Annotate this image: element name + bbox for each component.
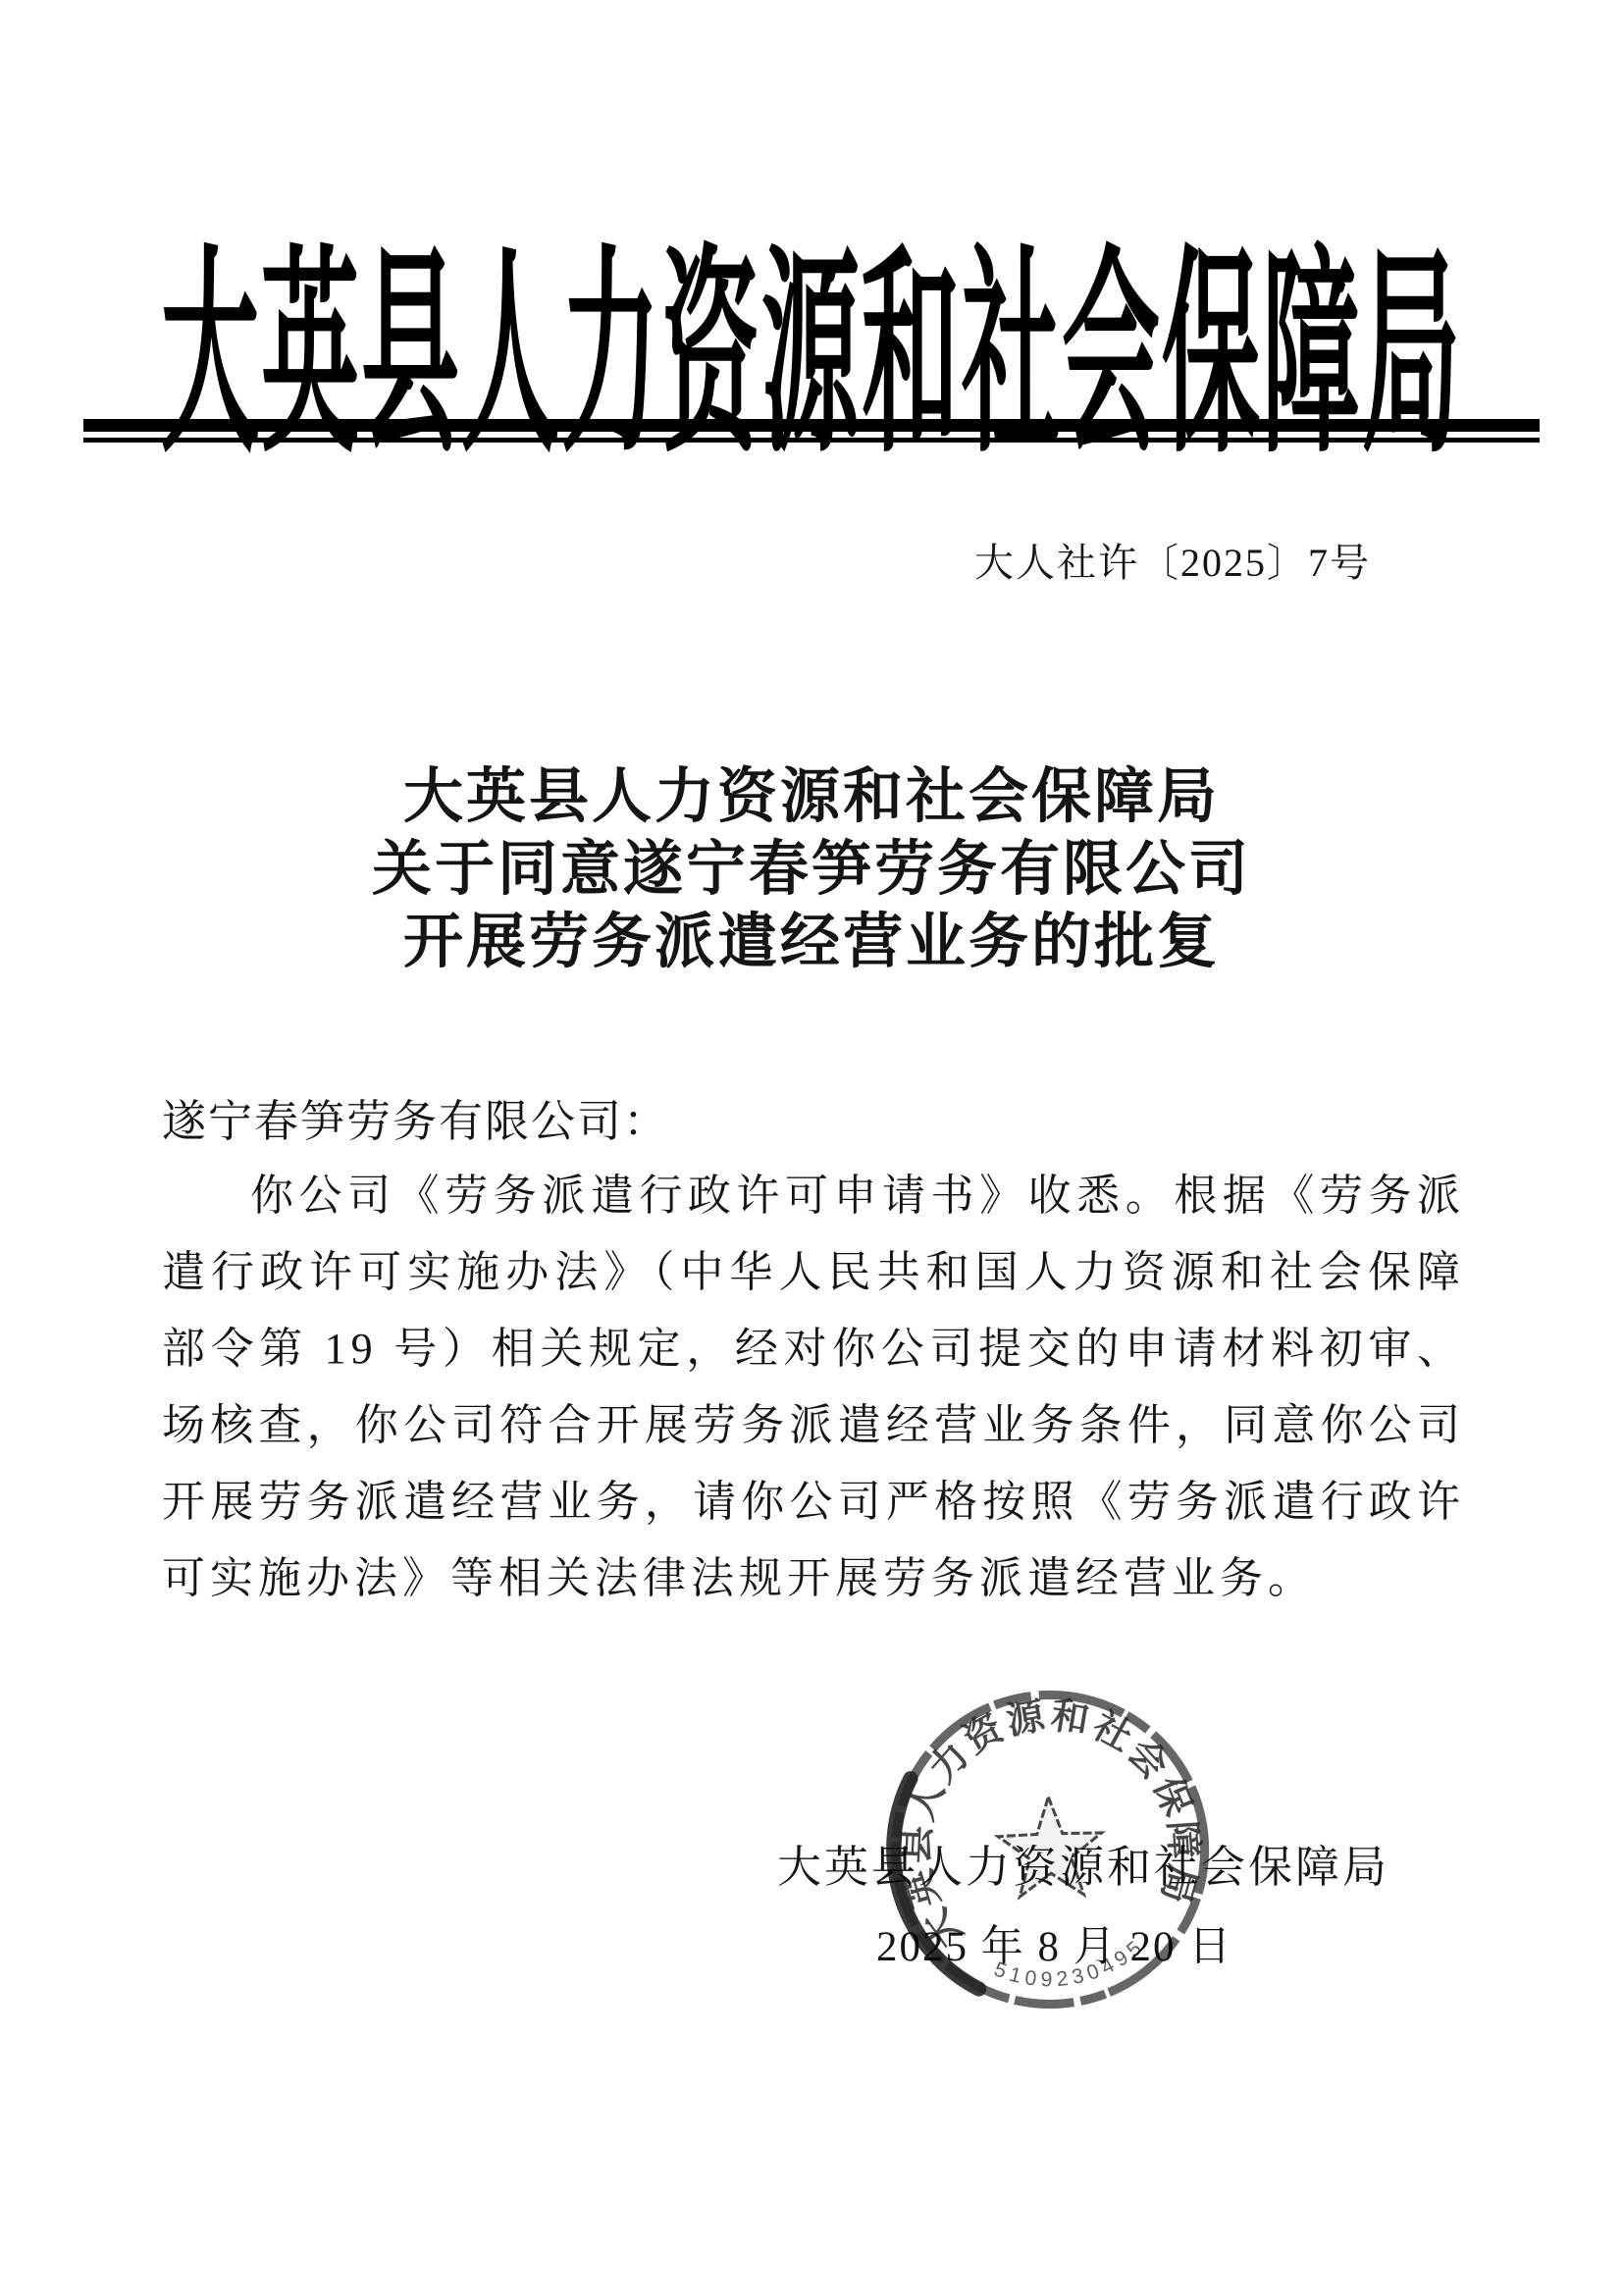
- body-line: 场核查，你公司符合开展劳务派遣经营业务条件，同意你公司: [162, 1387, 1465, 1464]
- body-paragraph: 你公司《劳务派遣行政许可申请书》收悉。根据《劳务派 遣行政许可实施办法》（中华人…: [162, 1158, 1465, 1617]
- header-rule-thin: [83, 438, 1540, 443]
- signature-agency: 大英县人力资源和社会保障局: [777, 1831, 1389, 1895]
- body-line: 部令第 19 号）相关规定，经对你公司提交的申请材料初审、现: [162, 1311, 1465, 1387]
- body-line: 遣行政许可实施办法》（中华人民共和国人力资源和社会保障: [162, 1234, 1465, 1311]
- document-title: 大英县人力资源和社会保障局 关于同意遂宁春笋劳务有限公司 开展劳务派遣经营业务的…: [0, 761, 1623, 979]
- title-line-3: 开展劳务派遣经营业务的批复: [0, 907, 1623, 979]
- document-number: 大人社许〔2025〕7号: [974, 532, 1371, 588]
- salutation: 遂宁春笋劳务有限公司：: [162, 1085, 669, 1149]
- title-line-2: 关于同意遂宁春笋劳务有限公司: [0, 834, 1623, 907]
- body-line: 你公司《劳务派遣行政许可申请书》收悉。根据《劳务派: [162, 1158, 1465, 1234]
- scanned-official-document: 大英县人力资源和社会保障局 大人社许〔2025〕7号 大英县人力资源和社会保障局…: [0, 0, 1623, 2296]
- agency-banner-title: 大英县人力资源和社会保障局: [0, 177, 1623, 495]
- header-rule-thick: [83, 419, 1540, 432]
- signature-date: 2025 年 8 月 20 日: [876, 1913, 1232, 1973]
- body-line: 开展劳务派遣经营业务，请你公司严格按照《劳务派遣行政许: [162, 1464, 1465, 1540]
- body-line: 可实施办法》等相关法律法规开展劳务派遣经营业务。: [162, 1540, 1465, 1617]
- title-line-1: 大英县人力资源和社会保障局: [0, 761, 1623, 834]
